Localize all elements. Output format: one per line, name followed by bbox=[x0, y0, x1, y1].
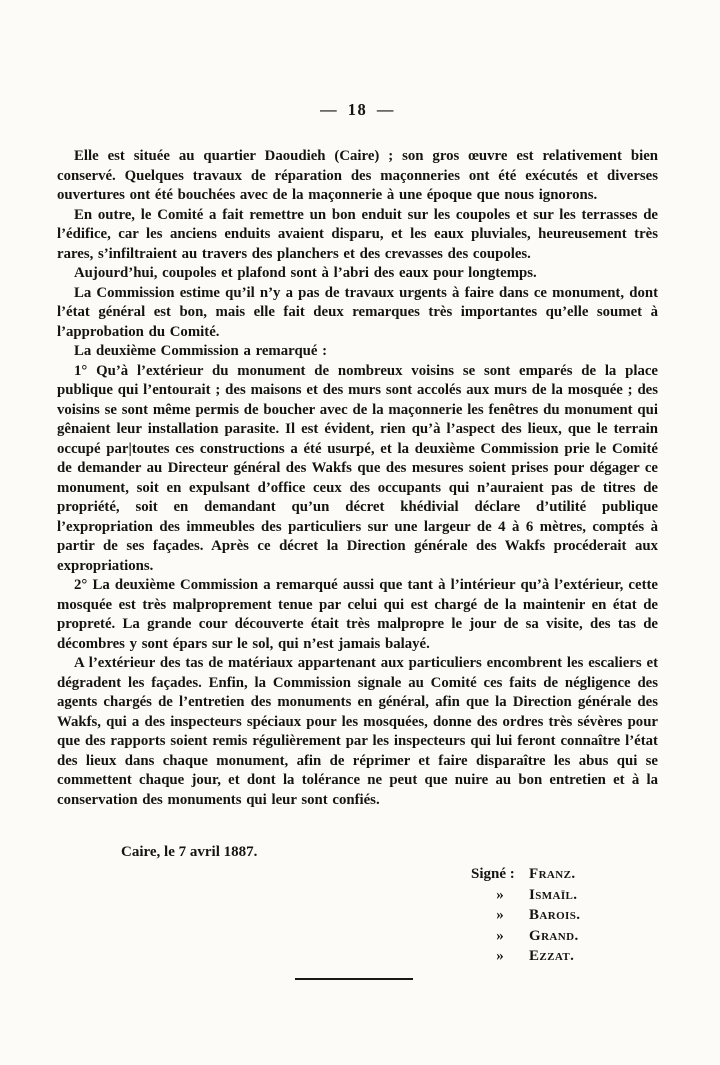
paragraph-item-1: 1° Qu’à l’extérieur du monument de nombr… bbox=[57, 362, 658, 577]
signature-row: » Ismaïl. bbox=[471, 885, 580, 906]
dateline: Caire, le 7 avril 1887. bbox=[121, 844, 658, 861]
scanned-page: — 18 — Elle est située au quartier Daoud… bbox=[0, 0, 720, 1065]
signature-row: » Barois. bbox=[471, 905, 580, 926]
signed-label: Signé : bbox=[471, 864, 529, 885]
report-body: Elle est située au quartier Daoudieh (Ca… bbox=[57, 147, 658, 810]
paragraph: La deuxième Commission a remarqué : bbox=[57, 342, 658, 362]
paragraph: En outre, le Comité a fait remettre un b… bbox=[57, 206, 658, 265]
paragraph: La Commission estime qu’il n’y a pas de … bbox=[57, 284, 658, 343]
end-rule-divider bbox=[295, 978, 413, 980]
paragraph-item-2: 2° La deuxième Commission a remarqué aus… bbox=[57, 576, 658, 654]
signature-row: » Grand. bbox=[471, 926, 580, 947]
paragraph: A l’extérieur des tas de matériaux appar… bbox=[57, 654, 658, 810]
signatory-name: Ismaïl. bbox=[529, 885, 580, 906]
ditto-mark: » bbox=[471, 926, 529, 947]
paragraph: Aujourd’hui, coupoles et plafond sont à … bbox=[57, 264, 658, 284]
signatory-name: Franz. bbox=[529, 864, 580, 885]
ditto-mark: » bbox=[471, 905, 529, 926]
signature-row: Signé : Franz. bbox=[471, 864, 580, 885]
ditto-mark: » bbox=[471, 885, 529, 906]
signatory-name: Ezzat. bbox=[529, 946, 580, 967]
ditto-mark: » bbox=[471, 946, 529, 967]
signatory-name: Grand. bbox=[529, 926, 580, 947]
signature-row: » Ezzat. bbox=[471, 946, 580, 967]
closing-section: Caire, le 7 avril 1887. Signé : Franz. »… bbox=[57, 844, 658, 980]
page-number: — 18 — bbox=[57, 100, 658, 120]
signatory-name: Barois. bbox=[529, 905, 580, 926]
signature-block: Signé : Franz. » Ismaïl. » Barois. » Gra… bbox=[471, 864, 580, 967]
paragraph: Elle est située au quartier Daoudieh (Ca… bbox=[57, 147, 658, 206]
